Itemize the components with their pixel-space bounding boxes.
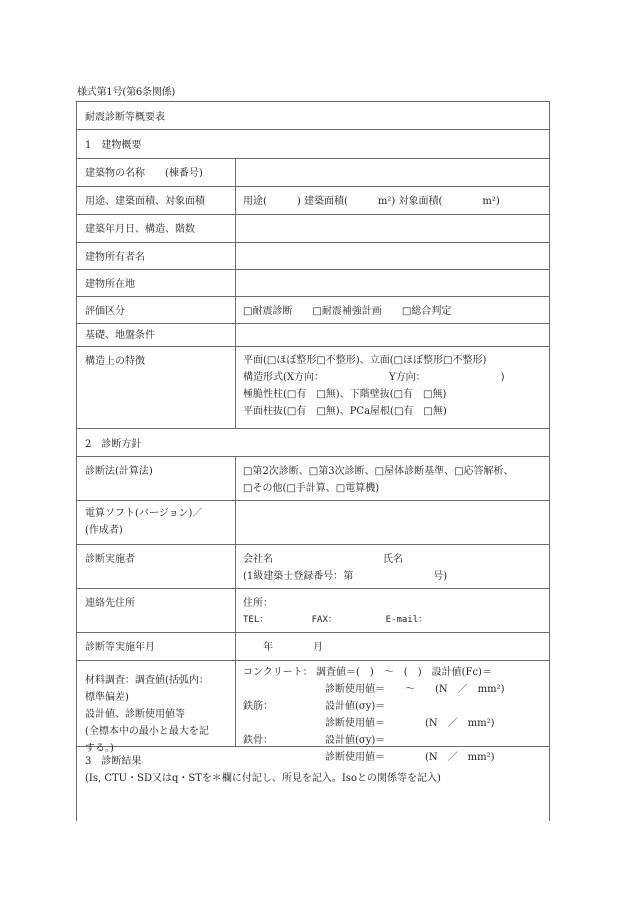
structure-line: 平面柱抜(□有 □無)、PCa屋根(□有 □無) [243, 403, 549, 420]
field-label: 建築物の名称 (棟番号) [77, 159, 236, 186]
table-row: 評価区分 □耐震診断 □耐震補強計画 □総合判定 [77, 297, 549, 324]
title-row: 耐震診断等概要表 [77, 102, 549, 130]
location-field[interactable] [237, 270, 549, 296]
table-row: 材料調査：調査値(括弧内： 標準偏差) 設計値、診断使用値等 (全標本中の最小と… [77, 661, 549, 747]
label-line: 電算ソフト(バージョン)／ [85, 505, 235, 522]
structure-features-field[interactable]: 平面(□ほぼ整形□不整形)、立面(□ほぼ整形□不整形) 構造形式(X方向： Y方… [237, 347, 549, 428]
phone-fax-email-line: TEL： FAX： E-mail： [243, 612, 549, 629]
section2-heading-row: 2 診断方針 [77, 429, 549, 457]
section-note: (Is, CTU・SD又はq・STを＊欄に付記し、所見を記入。Isoとの関係等を… [85, 770, 549, 787]
table-row: 診断法(計算法) □第2次診断、□第3次診断、□屋体診断基準、□応答解析、 □そ… [77, 457, 549, 501]
method-line: □第2次診断、□第3次診断、□屋体診断基準、□応答解析、 [243, 463, 549, 480]
building-name-field[interactable] [237, 159, 549, 186]
diagnosis-result-section: 3 診断結果 (Is, CTU・SD又はq・STを＊欄に付記し、所見を記入。Is… [77, 747, 549, 822]
table-row: 基礎、地盤条件 [77, 324, 549, 347]
table-row: 建物所有者名 [77, 243, 549, 270]
address-line: 住所： [243, 595, 549, 612]
material-survey-field[interactable]: コンクリート： 調査値＝( ) ～ ( ) 設計値(Fc)＝ 診断使用値＝ ～ … [237, 661, 549, 746]
concrete-survey-value: 調査値＝( ) ～ ( ) 設計値(Fc)＝ [316, 664, 492, 681]
seismic-diagnosis-summary-table: 耐震診断等概要表 1 建物概要 建築物の名称 (棟番号) 用途、建築面積、対象面… [76, 101, 550, 821]
concrete-diagnosis-value: 診断使用値＝ ～ (N ／ mm²) [325, 681, 505, 698]
date-value: 年 月 [243, 639, 549, 656]
software-field[interactable] [237, 501, 549, 544]
construction-date-field[interactable] [237, 215, 549, 242]
section3-row: 3 診断結果 (Is, CTU・SD又はq・STを＊欄に付記し、所見を記入。Is… [77, 747, 549, 822]
section-heading: 2 診断方針 [77, 429, 549, 456]
foundation-field[interactable] [237, 324, 549, 346]
rebar-label: 鉄筋： [243, 698, 273, 715]
field-label: 構造上の特徴 [77, 347, 236, 428]
section1-heading-row: 1 建物概要 [77, 130, 549, 159]
field-label: 基礎、地盤条件 [77, 324, 236, 346]
usage-area-field[interactable]: 用途( ) 建築面積( m²) 対象面積( m²) [237, 187, 549, 214]
label-line: 標準偏差) [85, 689, 235, 706]
owner-name-field[interactable] [237, 243, 549, 269]
field-label: 建築年月日、構造、階数 [77, 215, 236, 242]
field-label: 用途、建築面積、対象面積 [77, 187, 236, 214]
table-title: 耐震診断等概要表 [77, 102, 549, 129]
rebar-diagnosis-value: 診断使用値＝ (N ／ mm²) [325, 715, 495, 732]
field-label: 評価区分 [77, 297, 236, 323]
table-row: 診断等実施年月 年 月 [77, 633, 549, 661]
field-label: 電算ソフト(バージョン)／ (作成者) [77, 501, 236, 544]
section-heading: 1 建物概要 [77, 130, 549, 158]
field-label: 診断法(計算法) [77, 457, 236, 500]
diagnosis-date-field[interactable]: 年 月 [237, 633, 549, 660]
label-line: 設計値、診断使用値等 [85, 706, 235, 723]
table-row: 建築物の名称 (棟番号) [77, 159, 549, 187]
implementer-field[interactable]: 会社名 氏名 (1級建築士登録番号：第 号) [237, 545, 549, 588]
diagnosis-method-checkboxes[interactable]: □第2次診断、□第3次診断、□屋体診断基準、□応答解析、 □その他(□手計算、□… [237, 457, 549, 500]
field-label: 連絡先住所 [77, 589, 236, 632]
table-row: 電算ソフト(バージョン)／ (作成者) [77, 501, 549, 545]
evaluation-category-checkboxes[interactable]: □耐震診断 □耐震補強計画 □総合判定 [237, 297, 549, 323]
structure-line: 極脆性柱(□有 □無)、下階壁抜(□有 □無) [243, 386, 549, 403]
label-line: (作成者) [85, 522, 235, 539]
label-line: 材料調査：調査値(括弧内： [85, 672, 235, 689]
table-row: 用途、建築面積、対象面積 用途( ) 建築面積( m²) 対象面積( m²) [77, 187, 549, 215]
implementer-line: 会社名 氏名 [243, 551, 549, 568]
table-row: 建物所在地 [77, 270, 549, 297]
form-caption: 様式第1号(第6条関係) [77, 83, 175, 98]
field-label: 建物所有者名 [77, 243, 236, 269]
concrete-label: コンクリート： [243, 664, 313, 681]
table-row: 建築年月日、構造、階数 [77, 215, 549, 243]
table-row: 診断実施者 会社名 氏名 (1級建築士登録番号：第 号) [77, 545, 549, 589]
structure-line: 構造形式(X方向： Y方向： ) [243, 369, 549, 386]
field-label: 診断等実施年月 [77, 633, 236, 660]
contact-address-field[interactable]: 住所： TEL： FAX： E-mail： [237, 589, 549, 632]
rebar-design-value: 設計値(σy)＝ [325, 698, 385, 715]
table-row: 構造上の特徴 平面(□ほぼ整形□不整形)、立面(□ほぼ整形□不整形) 構造形式(… [77, 347, 549, 429]
table-row: 連絡先住所 住所： TEL： FAX： E-mail： [77, 589, 549, 633]
structure-line: 平面(□ほぼ整形□不整形)、立面(□ほぼ整形□不整形) [243, 352, 549, 369]
section-heading: 3 診断結果 [85, 753, 549, 770]
method-line: □その他(□手計算、□電算機) [243, 480, 549, 497]
field-label: 診断実施者 [77, 545, 236, 588]
field-label: 材料調査：調査値(括弧内： 標準偏差) 設計値、診断使用値等 (全標本中の最小と… [77, 661, 236, 746]
label-line: (全標本中の最小と最大を記 [85, 723, 235, 740]
implementer-line: (1級建築士登録番号：第 号) [243, 568, 549, 585]
field-label: 建物所在地 [77, 270, 236, 296]
